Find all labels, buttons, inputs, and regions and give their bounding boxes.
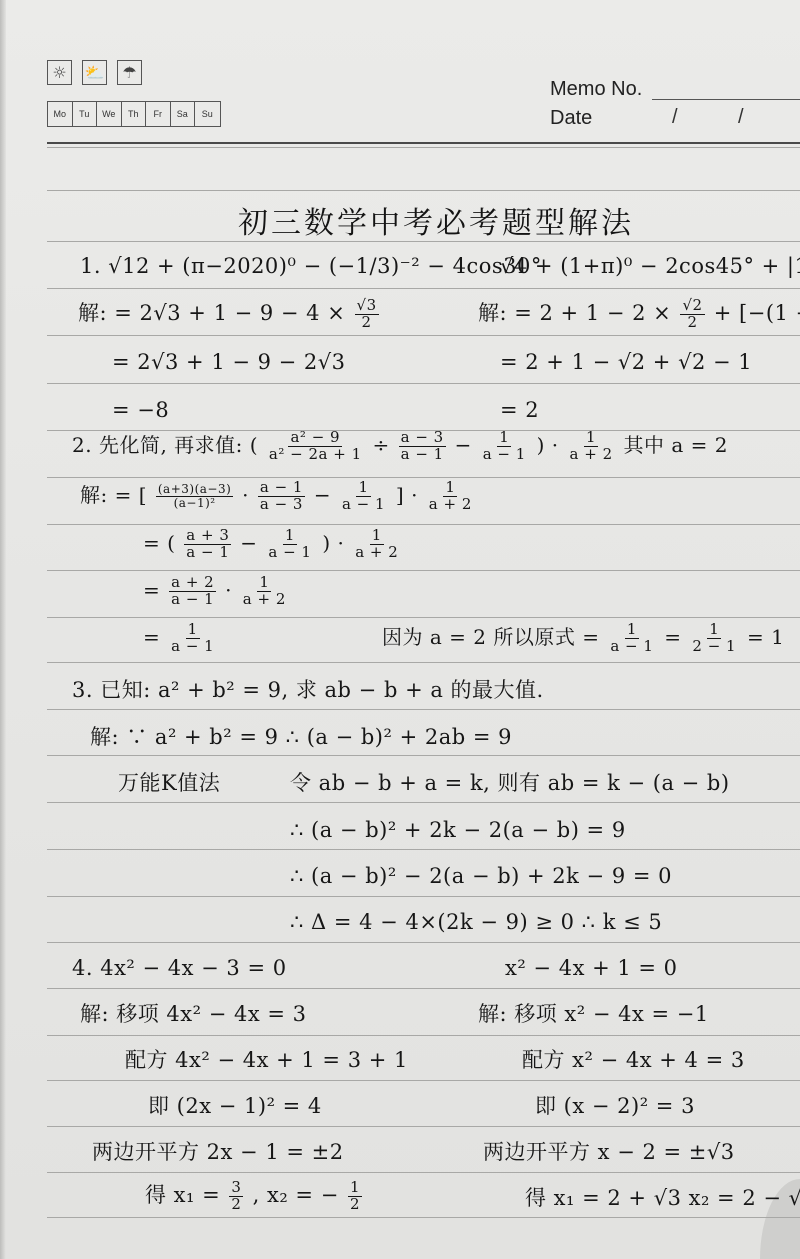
ruled-line: [47, 477, 800, 478]
problem4-left-step5: 得 x₁ = 32 , x₂ = − 12: [145, 1180, 364, 1213]
ruled-line: [47, 988, 800, 989]
ruled-line: [47, 147, 800, 148]
problem3-question: 3. 已知: a² + b² = 9, 求 ab − b + a 的最大值.: [72, 680, 544, 701]
problem3-step3: ∴ (a − b)² + 2k − 2(a − b) = 9: [290, 820, 626, 841]
ruled-line: [47, 849, 800, 850]
date-label: Date: [550, 107, 592, 130]
problem1-right-step1: 解: = 2 + 1 − 2 × √22 + [−(1 − √2)]: [478, 298, 800, 331]
header-divider: [47, 142, 800, 144]
day-we: We: [97, 102, 122, 126]
problem4-right-question: x² − 4x + 1 = 0: [505, 958, 678, 979]
ruled-line: [47, 1126, 800, 1127]
ruled-line: [47, 662, 800, 663]
ruled-line: [47, 709, 800, 710]
problem3-step5: ∴ Δ = 4 − 4×(2k − 9) ≥ 0 ∴ k ≤ 5: [290, 912, 662, 933]
notebook-page: ☼ ⛅ ☂ Mo Tu We Th Fr Sa Su Memo No. Date…: [0, 0, 800, 1259]
day-su: Su: [195, 102, 220, 126]
problem3-step4: ∴ (a − b)² − 2(a − b) + 2k − 9 = 0: [290, 866, 672, 887]
memo-label: Memo No.: [550, 78, 642, 101]
problem3-step2: 令 ab − b + a = k, 则有 ab = k − (a − b): [290, 773, 730, 794]
problem4-right-step4: 两边开平方 x − 2 = ±√3: [483, 1142, 735, 1163]
day-th: Th: [122, 102, 147, 126]
problem4-right-step2: 配方 x² − 4x + 4 = 3: [522, 1050, 745, 1071]
problem2-step2: = ( a + 3a − 1 − 1a − 1 ) · 1a + 2: [143, 528, 402, 561]
umbrella-icon: ☂: [117, 60, 142, 85]
problem4-right-step3: 即 (x − 2)² = 3: [535, 1096, 695, 1117]
day-tu: Tu: [73, 102, 98, 126]
problem1-left-step2: = 2√3 + 1 − 9 − 2√3: [112, 352, 346, 373]
problem4-left-question: 4. 4x² − 4x − 3 = 0: [72, 958, 287, 979]
ruled-line: [47, 896, 800, 897]
day-fr: Fr: [146, 102, 171, 126]
ruled-line: [47, 1172, 800, 1173]
date-slash: /: [738, 106, 744, 129]
problem4-right-step1: 解: 移项 x² − 4x = −1: [478, 1004, 709, 1025]
day-mo: Mo: [48, 102, 73, 126]
problem1-right-step2: = 2 + 1 − √2 + √2 − 1: [500, 352, 752, 373]
ruled-line: [47, 335, 800, 336]
problem3-step1: 解: ∵ a² + b² = 9 ∴ (a − b)² + 2ab = 9: [90, 727, 512, 748]
ruled-line: [47, 617, 800, 618]
problem4-right-step5: 得 x₁ = 2 + √3 x₂ = 2 − √3: [525, 1188, 800, 1209]
day-sa: Sa: [171, 102, 196, 126]
problem4-left-step1: 解: 移项 4x² − 4x = 3: [80, 1004, 307, 1025]
date-slash: /: [672, 106, 678, 129]
problem2-conclusion: 因为 a = 2 所以原式 = 1a − 1 = 12 − 1 = 1: [382, 622, 784, 655]
page-title: 初三数学中考必考题型解法: [238, 198, 634, 242]
ruled-line: [47, 755, 800, 756]
problem1-left-question: 1. √12 + (π−2020)⁰ − (−1/3)⁻² − 4cos30°: [80, 256, 542, 277]
ruled-line: [47, 1080, 800, 1081]
ruled-line: [47, 190, 800, 191]
memo-underline: [652, 99, 800, 100]
problem4-left-step3: 即 (2x − 1)² = 4: [148, 1096, 322, 1117]
fraction: √32: [355, 298, 379, 331]
ruled-line: [47, 383, 800, 384]
problem1-left-step1: 解: = 2√3 + 1 − 9 − 4 × √32: [78, 298, 381, 331]
problem2-step4: = 1a − 1: [143, 622, 218, 655]
problem1-right-question: √4 + (1+π)⁰ − 2cos45° + |1 − √2|: [500, 256, 800, 277]
problem4-left-step4: 两边开平方 2x − 1 = ±2: [92, 1142, 344, 1163]
problem4-left-step2: 配方 4x² − 4x + 1 = 3 + 1: [125, 1050, 408, 1071]
ruled-line: [47, 802, 800, 803]
problem1-left-step3: = −8: [112, 400, 169, 421]
sun-icon: ☼: [47, 60, 72, 85]
problem3-method: 万能K值法: [118, 773, 220, 794]
ruled-line: [47, 1035, 800, 1036]
ruled-line: [47, 524, 800, 525]
problem2-step1: 解: = [ (a+3)(a−3)(a−1)² · a − 1a − 3 − 1…: [80, 480, 476, 513]
ruled-line: [47, 288, 800, 289]
problem2-question: 2. 先化简, 再求值: ( a² − 9a² − 2a + 1 ÷ a − 3…: [72, 430, 728, 463]
fraction: √22: [680, 298, 704, 331]
problem2-step3: = a + 2a − 1 · 1a + 2: [143, 575, 290, 608]
ruled-line: [47, 1217, 800, 1218]
page-edge-shadow: [0, 0, 6, 1259]
ruled-line: [47, 570, 800, 571]
ruled-line: [47, 942, 800, 943]
weekday-boxes: Mo Tu We Th Fr Sa Su: [47, 101, 221, 127]
weather-icons: ☼ ⛅ ☂: [47, 60, 142, 85]
partly-cloudy-icon: ⛅: [82, 60, 107, 85]
problem1-right-step3: = 2: [500, 400, 539, 421]
